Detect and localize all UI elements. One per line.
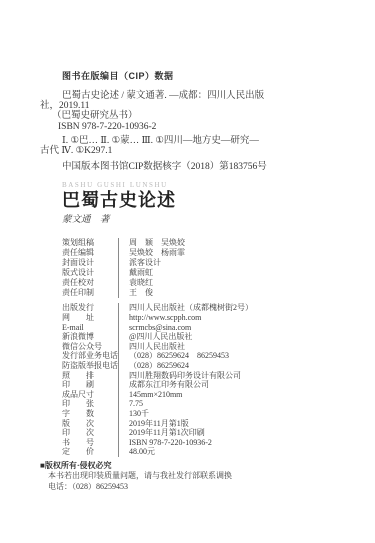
copyright-notice-line: 电话：（028）86259453 bbox=[48, 482, 355, 493]
publishing-field-label: 字 数 bbox=[62, 409, 118, 419]
table-row: 版式设计 戴雨虹 bbox=[62, 268, 355, 278]
book-copyright-page: 图书在版编目（CIP）数据 巴蜀古史论述 / 蒙文通著. —成都：四川人民出版 … bbox=[0, 0, 375, 543]
publishing-field-value: 2019年11月第1次印刷 bbox=[118, 428, 205, 438]
publishing-field-label: 微信公众号 bbox=[62, 342, 118, 352]
publishing-field-value: scrmcbs@sina.com bbox=[118, 323, 191, 333]
table-row: 微信公众号 四川人民出版社 bbox=[62, 342, 355, 352]
cip-record-block: 中国版本图书馆CIP数据核字（2018）第183756号 bbox=[40, 162, 355, 172]
table-row: 字 数 130千 bbox=[62, 409, 355, 419]
table-row: 责任校对 袁晓红 bbox=[62, 278, 355, 288]
publishing-field-value: 145mm×210mm bbox=[118, 390, 182, 400]
cip-classification-block: Ⅰ. ①巴… Ⅱ. ①蒙… Ⅲ. ①四川—地方史—研究— 古代 Ⅳ. ①K297… bbox=[40, 136, 355, 156]
credit-role-label: 封面设计 bbox=[62, 258, 118, 268]
copyright-notice: ■版权所有·侵权必究 本书若出现印装质量问题，请与我社发行部联系调换 电话：（0… bbox=[40, 461, 355, 493]
table-row: 成品尺寸 145mm×210mm bbox=[62, 390, 355, 400]
credit-person-value: 王 俊 bbox=[118, 288, 153, 298]
publishing-field-label: 照 排 bbox=[62, 371, 118, 381]
book-title-pinyin: BASHU GUSHI LUNSHU bbox=[62, 181, 355, 189]
publishing-field-value: http://www.scpph.com bbox=[118, 313, 201, 323]
credit-role-label: 策划组稿 bbox=[62, 238, 118, 248]
publishing-field-label: 印 刷 bbox=[62, 380, 118, 390]
table-row: 防盗版举报电话 （028）86259624 bbox=[62, 361, 355, 371]
credit-role-label: 责任编辑 bbox=[62, 248, 118, 258]
table-row: E-mail scrmcbs@sina.com bbox=[62, 323, 355, 333]
table-row: 新浪微博 @四川人民出版社 bbox=[62, 332, 355, 342]
table-row: 印 刷 成都东江印务有限公司 bbox=[62, 380, 355, 390]
credit-role-label: 版式设计 bbox=[62, 268, 118, 278]
cip-classification-line: 古代 Ⅳ. ①K297.1 bbox=[40, 146, 355, 156]
book-author: 蒙文通 著 bbox=[62, 215, 355, 226]
table-row: 照 排 四川胜翔数码印务设计有限公司 bbox=[62, 371, 355, 381]
publishing-field-label: E-mail bbox=[62, 323, 118, 333]
credit-person-value: 袁晓红 bbox=[118, 278, 153, 288]
credit-role-label: 责任印制 bbox=[62, 288, 118, 298]
cip-header: 图书在版编目（CIP）数据 bbox=[62, 71, 355, 82]
publishing-field-label: 成品尺寸 bbox=[62, 390, 118, 400]
publishing-field-label: 出版发行 bbox=[62, 303, 118, 313]
publishing-field-label: 版 次 bbox=[62, 419, 118, 429]
table-row: 书 号 ISBN 978-7-220-10936-2 bbox=[62, 438, 355, 448]
publishing-info-table: 出版发行 四川人民出版社（成都槐树街2号） 网 址 http://www.scp… bbox=[62, 303, 355, 457]
publishing-field-value: ISBN 978-7-220-10936-2 bbox=[118, 438, 212, 448]
table-row: 网 址 http://www.scpph.com bbox=[62, 313, 355, 323]
publishing-field-label: 网 址 bbox=[62, 313, 118, 323]
copyright-notice-title: ■版权所有·侵权必究 bbox=[40, 461, 355, 472]
table-row: 策划组稿 周 颖 吴焕姣 bbox=[62, 238, 355, 248]
table-row: 印 张 7.75 bbox=[62, 399, 355, 409]
table-row: 定 价 48.00元 bbox=[62, 447, 355, 457]
publishing-field-value: @四川人民出版社 bbox=[118, 332, 192, 342]
publishing-field-label: 印 次 bbox=[62, 428, 118, 438]
credit-person-value: 周 颖 吴焕姣 bbox=[118, 238, 185, 248]
copyright-notice-line: 本书若出现印装质量问题，请与我社发行部联系调换 bbox=[48, 471, 355, 482]
table-row: 封面设计 派客设计 bbox=[62, 258, 355, 268]
publishing-field-value: 48.00元 bbox=[118, 447, 155, 457]
publishing-field-value: （028）86259624 86259453 bbox=[118, 351, 229, 361]
table-row: 印 次 2019年11月第1次印刷 bbox=[62, 428, 355, 438]
cip-description-line: 社，2019.11 bbox=[40, 101, 355, 111]
staff-credits-table: 策划组稿 周 颖 吴焕姣 责任编辑 吴焕姣 杨雨霏 封面设计 派客设计 版式设计… bbox=[62, 238, 355, 298]
cip-isbn-line: ISBN 978-7-220-10936-2 bbox=[40, 122, 355, 132]
publishing-field-value: （028）86259624 bbox=[118, 361, 189, 371]
table-row: 版 次 2019年11月第1版 bbox=[62, 419, 355, 429]
publishing-field-label: 防盗版举报电话 bbox=[62, 361, 118, 371]
cip-description-line: 巴蜀古史论述 / 蒙文通著. —成都：四川人民出版 bbox=[40, 91, 355, 101]
cip-series-line: （巴蜀史研究丛书） bbox=[40, 111, 355, 121]
cip-description-block: 巴蜀古史论述 / 蒙文通著. —成都：四川人民出版 社，2019.11 （巴蜀史… bbox=[40, 91, 355, 132]
credit-person-value: 派客设计 bbox=[118, 258, 161, 268]
table-row: 责任编辑 吴焕姣 杨雨霏 bbox=[62, 248, 355, 258]
credit-person-value: 吴焕姣 杨雨霏 bbox=[118, 248, 185, 258]
publishing-field-label: 书 号 bbox=[62, 438, 118, 448]
table-row: 责任印制 王 俊 bbox=[62, 288, 355, 298]
publishing-field-value: 7.75 bbox=[118, 399, 143, 409]
publishing-field-value: 四川人民出版社 bbox=[118, 342, 185, 352]
publishing-field-value: 2019年11月第1版 bbox=[118, 419, 189, 429]
publishing-field-label: 印 张 bbox=[62, 399, 118, 409]
table-row: 出版发行 四川人民出版社（成都槐树街2号） bbox=[62, 303, 355, 313]
publishing-field-value: 130千 bbox=[118, 409, 149, 419]
cip-record-number: 中国版本图书馆CIP数据核字（2018）第183756号 bbox=[40, 162, 355, 172]
publishing-field-value: 成都东江印务有限公司 bbox=[118, 380, 209, 390]
cip-classification-line: Ⅰ. ①巴… Ⅱ. ①蒙… Ⅲ. ①四川—地方史—研究— bbox=[40, 136, 355, 146]
table-row: 发行部业务电话 （028）86259624 86259453 bbox=[62, 351, 355, 361]
publishing-field-value: 四川胜翔数码印务设计有限公司 bbox=[118, 371, 241, 381]
publishing-field-label: 定 价 bbox=[62, 447, 118, 457]
publishing-field-label: 发行部业务电话 bbox=[62, 351, 118, 361]
publishing-field-label: 新浪微博 bbox=[62, 332, 118, 342]
credit-role-label: 责任校对 bbox=[62, 278, 118, 288]
credit-person-value: 戴雨虹 bbox=[118, 268, 153, 278]
publishing-field-value: 四川人民出版社（成都槐树街2号） bbox=[118, 303, 253, 313]
book-title: 巴蜀古史论述 bbox=[62, 191, 355, 210]
